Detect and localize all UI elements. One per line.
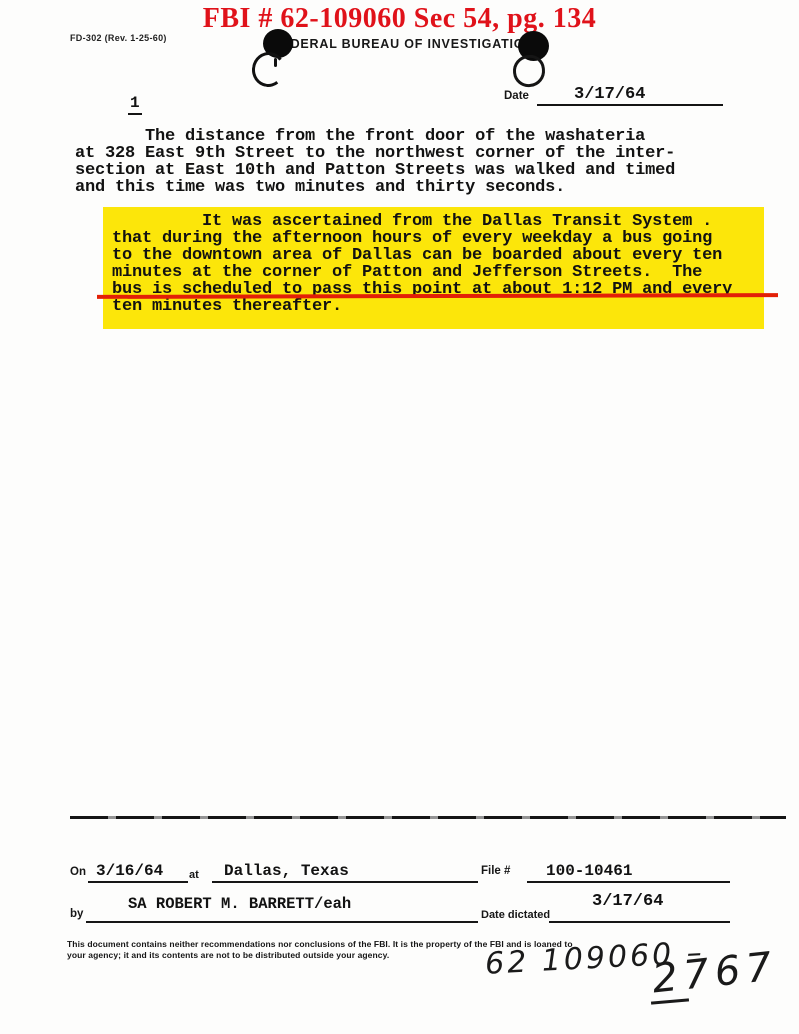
location-value: Dallas, Texas	[224, 862, 349, 880]
form-id-label: FD-302 (Rev. 1-25-60)	[70, 33, 167, 43]
scanned-fbi-document-page: FBI # 62-109060 Sec 54, pg. 134 FD-302 (…	[0, 0, 799, 1034]
date-dictated-underline	[549, 921, 730, 923]
date-dictated-label: Date dictated	[481, 909, 550, 921]
section-divider-rule	[70, 816, 786, 819]
by-field-underline	[86, 921, 478, 923]
date-dictated-value: 3/17/64	[592, 892, 663, 911]
at-label: at	[189, 869, 199, 881]
paragraph-bus-schedule: It was ascertained from the Dallas Trans…	[112, 214, 732, 315]
file-number-label: File #	[481, 865, 510, 877]
file-number-value: 100-10461	[546, 862, 632, 880]
paragraph-walk-timing: The distance from the front door of the …	[75, 129, 675, 197]
date-underline	[537, 104, 723, 106]
at-field-underline	[212, 881, 478, 883]
on-field-underline	[88, 881, 188, 883]
bureau-title: FEDERAL BUREAU OF INVESTIGATION	[273, 37, 534, 51]
archival-annotation-title: FBI # 62-109060 Sec 54, pg. 134	[0, 3, 799, 35]
file-field-underline	[527, 881, 730, 883]
investigation-date-value: 3/16/64	[96, 862, 163, 880]
agent-name-value: SA ROBERT M. BARRETT/eah	[128, 895, 351, 913]
date-label: Date	[504, 90, 529, 102]
crescent-stamp-tick-icon	[274, 58, 277, 67]
on-label: On	[70, 866, 86, 878]
page-number: 1	[128, 94, 142, 115]
by-label: by	[70, 908, 83, 920]
date-value: 3/17/64	[574, 85, 645, 104]
